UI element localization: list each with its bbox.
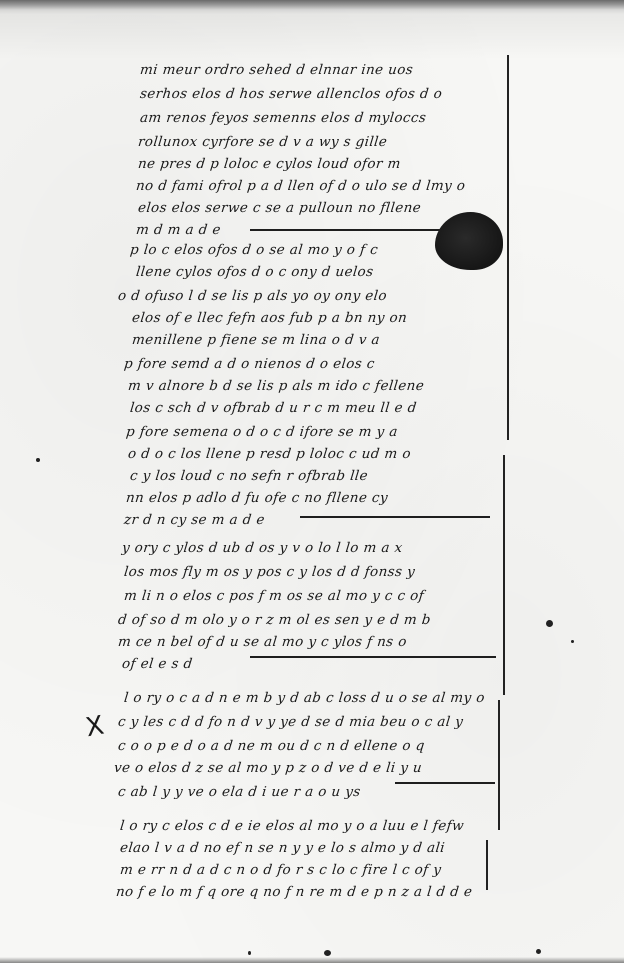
- text-line: am renos feyos semenns elos d myloccs: [139, 110, 427, 126]
- margin-rule: [486, 840, 488, 890]
- text-line: mi meur ordro sehed d elnnar ine uos: [139, 62, 414, 78]
- ink-spot: [324, 950, 331, 956]
- page-bottom-edge: [0, 957, 624, 963]
- text-line: los c sch d v ofbrab d u r c m meu ll e …: [129, 400, 417, 416]
- ink-spot: [571, 640, 574, 643]
- text-rule: [250, 229, 440, 231]
- text-line: c y les c d d fo n d v y ye d se d mia b…: [117, 714, 464, 730]
- margin-rule: [507, 55, 509, 440]
- ink-spot: [36, 458, 40, 462]
- text-line: serhos elos d hos serwe allenclos ofos d…: [139, 86, 443, 102]
- text-rule: [300, 516, 490, 518]
- text-line: c o o p e d o a d ne m ou d c n d ellene…: [117, 738, 425, 754]
- ink-spot: [248, 951, 251, 955]
- text-line: c y los loud c no sefn r ofbrab lle: [129, 468, 369, 484]
- ink-spot: [536, 949, 541, 954]
- text-line: m d m a d e: [135, 222, 221, 238]
- text-line: elos elos serwe c se a pulloun no fllene: [137, 200, 422, 216]
- text-line: zr d n cy se m a d e: [123, 512, 266, 528]
- text-line: m v alnore b d se lis p als m ido c fell…: [127, 378, 425, 394]
- text-line: ne pres d p loloc e cylos loud ofor m: [137, 156, 401, 172]
- text-line: menillene p fiene se m lina o d v a: [131, 332, 381, 348]
- text-line: llene cylos ofos d o c ony d uelos: [135, 264, 374, 280]
- text-line: no d fami ofrol p a d llen of d o ulo se…: [135, 178, 466, 194]
- text-line: c ab l y y ve o ela d i ue r a o u ys: [117, 784, 361, 800]
- text-line: p fore semd a d o nienos d o elos c: [123, 356, 375, 372]
- margin-annotation: X: [84, 711, 107, 744]
- text-line: m e rr n d a d c n o d fo r s c lo c fir…: [119, 862, 442, 878]
- text-line: l o ry o c a d n e m b y d ab c loss d u…: [123, 690, 485, 706]
- text-line: elos of e llec fefn aos fub p a bn ny on: [131, 310, 408, 326]
- text-line: p lo c elos ofos d o se al mo y o f c: [129, 242, 379, 258]
- text-line: l o ry c elos c d e ie elos al mo y o a …: [119, 818, 465, 834]
- text-line: p fore semena o d o c d ifore se m y a: [125, 424, 398, 440]
- text-line: m li n o elos c pos f m os se al mo y c …: [123, 588, 425, 604]
- text-line: y ory c ylos d ub d os y v o lo l lo m a…: [121, 540, 403, 556]
- margin-rule: [498, 700, 500, 830]
- text-line: o d ofuso l d se lis p als yo oy ony elo: [117, 288, 388, 304]
- text-line: ve o elos d z se al mo y p z o d ve d e …: [113, 760, 423, 776]
- ink-spot: [546, 620, 553, 627]
- text-line: d of so d m olo y o r z m ol es sen y e …: [117, 612, 432, 628]
- text-line: o d o c los llene p resd p loloc c ud m …: [127, 446, 412, 462]
- page-top-edge: [0, 0, 624, 14]
- text-line: no f e lo m f q ore q no f n re m d e p …: [115, 884, 473, 900]
- text-line: nn elos p adlo d fu ofe c no fllene cy: [125, 490, 389, 506]
- text-line: elao l v a d no ef n se n y y e lo s alm…: [119, 840, 446, 856]
- text-line: rollunox cyrfore se d v a wy s gille: [137, 134, 388, 150]
- text-line: los mos fly m os y pos c y los d d fonss…: [123, 564, 416, 580]
- text-line: of el e s d: [121, 656, 193, 672]
- margin-rule: [503, 455, 505, 695]
- ink-seal: [435, 212, 503, 270]
- text-rule: [395, 782, 495, 784]
- text-rule: [250, 656, 496, 658]
- manuscript-page: X mi meur ordro sehed d elnnar ine uos s…: [0, 0, 624, 963]
- text-line: m ce n bel of d u se al mo y c ylos f ns…: [117, 634, 407, 650]
